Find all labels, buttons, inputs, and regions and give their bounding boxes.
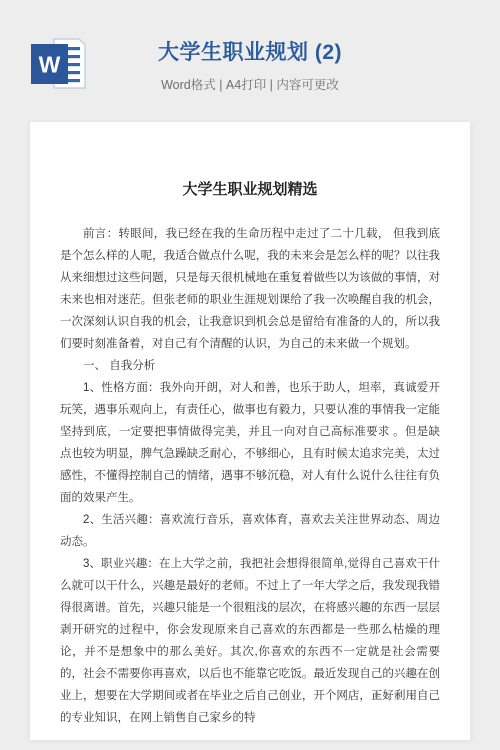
page-footer: 共 5 页1 xyxy=(373,691,415,702)
page-count-label: 共 5 页 xyxy=(373,692,403,701)
paragraph-life-interest: 2、生活兴趣：喜欢流行音乐，喜欢体育，喜欢去关注世界动态、周边动态。 xyxy=(60,509,440,553)
paragraph-personality: 1、性格方面：我外向开朗，对人和善，也乐于助人，坦率，真诚爱开玩笑，遇事乐观向上… xyxy=(60,377,440,509)
document-title: 大学生职业规划精选 xyxy=(60,178,440,199)
header-titles: 大学生职业规划 (2) Word格式 | A4打印 | 内容可更改 xyxy=(0,40,500,93)
document-page: 大学生职业规划精选 前言：转眼间，我已经在我的生命历程中走过了二十几载， 但我到… xyxy=(30,122,470,740)
paragraph-section-heading: 一、 自我分析 xyxy=(60,355,440,377)
file-title: 大学生职业规划 (2) xyxy=(0,40,500,66)
paragraph-preface: 前言：转眼间，我已经在我的生命历程中走过了二十几载， 但我到底是个怎么样的人呢，… xyxy=(60,223,440,355)
paragraph-career-interest: 3、职业兴趣：在上大学之前，我把社会想得很简单,觉得自己喜欢干什么就可以干什么，… xyxy=(60,553,440,729)
preview-header: W 大学生职业规划 (2) Word格式 | A4打印 | 内容可更改 xyxy=(0,0,500,120)
file-meta: Word格式 | A4打印 | 内容可更改 xyxy=(0,75,500,93)
page-number: 1 xyxy=(410,692,415,701)
